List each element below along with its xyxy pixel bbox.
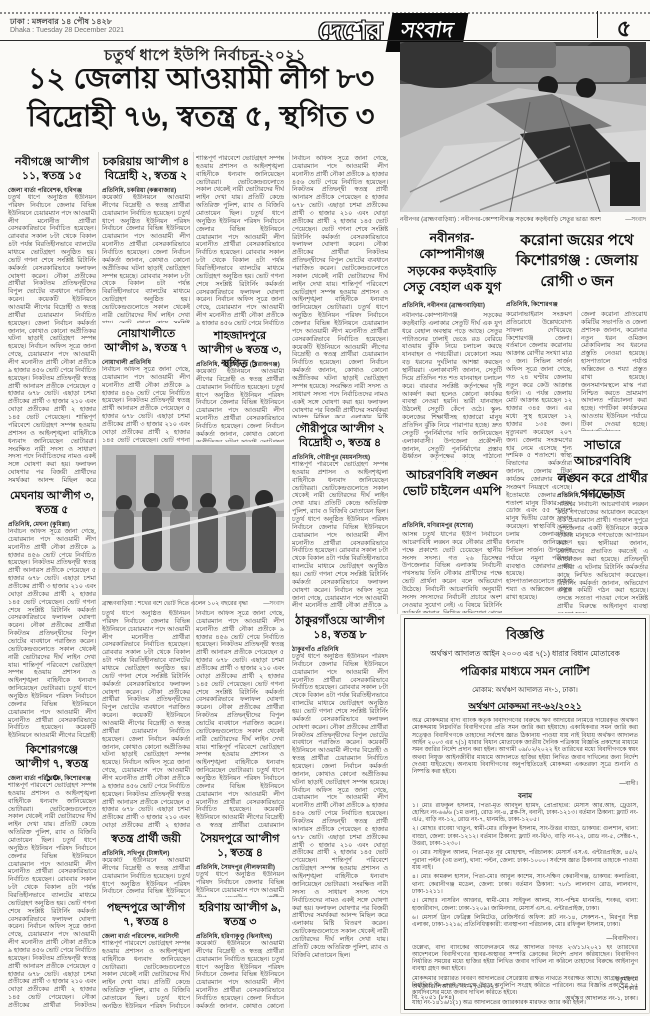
article-headline-gouripur: গৌরীপুরে আ'লীগ ২ বিদ্রোহী ৩, স্বতন্ত্র ৪ bbox=[292, 422, 388, 450]
article-body: নির্বাচন অফিস সূত্রে জানা গেছে, চেয়ারম্… bbox=[102, 366, 190, 443]
notice-sig-peshkar: পেশকার bbox=[565, 984, 638, 993]
notice-closing-1: উল্লেখ্য, বাদী ব্যাংকের আবেদনক্রমে অত্র … bbox=[412, 945, 638, 974]
notice-versus: বনাম bbox=[412, 790, 638, 802]
voters-photo-art bbox=[102, 445, 284, 595]
article-body: শান্তিপূর্ণ পরিবেশে ভোটগ্রহণ সম্পন্ন হওয… bbox=[102, 940, 190, 1008]
notice-sig-right: হুকুমক্রমে পেশকার অর্থঋণ আদালত নং-১, ঢাক… bbox=[565, 975, 638, 1003]
article-body: নির্বাচন অফিস সূত্রে জানা গেছে, চেয়ারম্… bbox=[196, 610, 284, 828]
column-rule bbox=[98, 152, 99, 1008]
photo-credit: —সংবাদ bbox=[263, 598, 284, 609]
notice-signature-row: অর্থজারি/পিআরভি নং-২৭৫/২০২১ বি. ২০৫১ (৮×… bbox=[412, 975, 638, 1003]
article-headline-nabiganj: নবীগঞ্জে আ'লীগ ১১, স্বতন্ত্র ১৫ bbox=[8, 155, 96, 183]
article-body: কয়েকটি ইউনিয়নে আওয়ামী লীগের বিদ্রোহী … bbox=[196, 940, 284, 1008]
notice-defendants-mark: —বিবাদীগণ। bbox=[412, 933, 638, 944]
notice-defendant-list: ১। মোঃ রফিকুল ইসলাম, পিতা-মৃত আবদুল হামি… bbox=[412, 803, 638, 932]
article-body: আসন্ন চতুর্থ ধাপের ইউপি নির্বাচনে আচরণবি… bbox=[402, 531, 502, 613]
article-headline-thakurgaon: ঠাকুরগাঁওয়ে আ'লীগ ১৪, স্বতন্ত্র ৮ bbox=[292, 614, 388, 642]
notice-defendant: ২। মোছাঃ রাবেয়া খাতুন, স্বামী-মোঃ রফিকু… bbox=[412, 826, 638, 848]
page-number-separator bbox=[597, 11, 598, 38]
notice-plaintiff-mark: —বাদী। bbox=[412, 778, 638, 789]
column-rule bbox=[289, 152, 290, 1008]
article-body: চতুর্থ ধাপে অনুষ্ঠিত ইউনিয়ন পরিষদ নির্ব… bbox=[292, 653, 388, 1008]
article-body: চতুর্থ ধাপে অনুষ্ঠিত ইউনিয়ন পরিষদ নির্ব… bbox=[102, 610, 190, 828]
date-bengali: ঢাকা : মঙ্গলবার ১৪ পৌষ ১৪২৮ bbox=[10, 16, 230, 27]
article-body: শান্তিপূর্ণ পরিবেশে ভোটগ্রহণ সম্পন্ন হওয… bbox=[292, 461, 388, 610]
notice-case-number: অর্থঋণ মোকদ্দমা নং-৬২/২০২১ bbox=[412, 699, 638, 714]
notice-defendant: ৩। মোঃ সাইফুল আলম, পিতা-মৃত নূর মোহাম্মদ… bbox=[412, 850, 638, 872]
bridge-photo bbox=[400, 42, 646, 212]
article-byline: প্রতিনিধি, নবীনগর (ব্রাহ্মণবাড়িয়া) bbox=[402, 300, 502, 311]
notice-venue: মোকাম: অর্থঋণ আদালত নং-১, ঢাকা। bbox=[412, 684, 638, 696]
dateline: ঢাকা : মঙ্গলবার ১৪ পৌষ ১৪২৮ Dhaka : Tues… bbox=[10, 16, 230, 34]
article-headline-saidpur: সৈয়দপুরে আ'লীগ ১, স্বতন্ত্র ৪ bbox=[196, 832, 284, 860]
article-body: সাভারে নির্বাচনী আচরণবিধি লঙ্ঘন করে গণভো… bbox=[557, 501, 648, 613]
date-english: Dhaka : Tuesday 28 December 2021 bbox=[10, 27, 230, 34]
column-rule bbox=[577, 310, 578, 430]
article-body: নবীনগর-কোম্পানীগঞ্জ সড়কের কড়ইবাড়ি এলা… bbox=[402, 312, 502, 462]
article-headline-noakhali: নোয়াখালীতে আ'লীগ ৯, স্বতন্ত্র ৭ bbox=[102, 327, 190, 355]
article-body: শান্তিপূর্ণ পরিবেশে ভোটগ্রহণ সম্পন্ন হওয… bbox=[8, 782, 96, 1008]
article-headline-chakaria: চকরিয়ায় আ'লীগ ৪ বিদ্রোহী ২, স্বতন্ত্র … bbox=[102, 155, 190, 183]
article-body: চতুর্থ ধাপে অনুষ্ঠিত ইউনিয়ন পরিষদ নির্ব… bbox=[196, 871, 284, 897]
header-rule bbox=[0, 40, 650, 41]
notice-law-line: অর্থঋণ আদালত আইন ২০০৩ এর ৭(১) ধারার বিধা… bbox=[412, 649, 638, 661]
notice-ref-number: অর্থজারি/পিআরভি নং-২৭৫/২০২১ bbox=[412, 981, 499, 992]
article-headline-meghna: মেঘনায় আ'লীগ ৩, স্বতন্ত্র ৫ bbox=[8, 489, 96, 517]
caption-text: নবীনগর (ব্রাহ্মণবাড়িয়া) : নবীনগর-কোম্প… bbox=[400, 214, 601, 225]
article-body: কয়েকটি ইউনিয়নে আওয়ামী লীগের বিদ্রোহী … bbox=[196, 368, 284, 442]
voters-photo bbox=[102, 445, 284, 595]
article-body: নির্বাচন অফিস সূত্রে জানা গেছে, চেয়ারম্… bbox=[8, 528, 96, 739]
photo-credit: —সংবাদ bbox=[625, 214, 646, 225]
notice-title: বিজ্ঞপ্তি bbox=[412, 626, 638, 647]
article-headline-bridge: নবীনগর-কোম্পানীগঞ্জ সড়কের কড়ইবাড়ি সেত… bbox=[402, 230, 502, 295]
newspaper-page: ঢাকা : মঙ্গলবার ১৪ পৌষ ১৪২৮ Dhaka : Tues… bbox=[0, 0, 650, 1016]
article-headline-corona: করোনা জয়ের পথে কিশোরগঞ্জ : জেলায় রোগী … bbox=[506, 231, 648, 292]
lead-headline-line2: বিদ্রোহী ৭৬, স্বতন্ত্র ৫, স্থগিত ৩ bbox=[0, 101, 402, 134]
bridge-photo-art bbox=[400, 42, 646, 212]
column-rule bbox=[397, 228, 398, 614]
article-byline: প্রতিনিধি, সাভার (ঢাকা) bbox=[557, 490, 648, 501]
notice-ad-code: বি. ২০৫১ (৮×৪) bbox=[412, 992, 499, 1003]
article-headline-pachhandapur: পছন্দপুরে আ'লীগ ৭, স্বতন্ত্র ৪ bbox=[102, 901, 190, 929]
article-body: কয়েকটি ইউনিয়নে আওয়ামী লীগের বিদ্রোহী … bbox=[102, 857, 190, 897]
article-body: কয়েকটি ইউনিয়নে আওয়ামী লীগের বিদ্রোহী … bbox=[102, 194, 190, 323]
article-byline: প্রতিনিধি, মণিরামপুর (যশোর) bbox=[402, 520, 502, 531]
article-body: নির্বাচন অফিস সূত্রে জানা গেছে, চেয়ারম্… bbox=[292, 155, 388, 418]
article-headline-harina: হরিণায় আ'লীগ ৯, স্বতন্ত্র ৩ bbox=[196, 901, 284, 929]
notice-intro: অত্র মোকদ্দমার বাদী ব্যাংক কর্তৃক বিবাদী… bbox=[412, 718, 638, 777]
notice-sig-court: অর্থঋণ আদালত নং-১, ঢাকা। bbox=[565, 994, 638, 1003]
article-body: জেলা করোনা প্রতিরোধ কমিটির সভাপতি ও জেলা… bbox=[581, 311, 647, 431]
notice-sig-by-order: হুকুমক্রমে bbox=[565, 975, 638, 984]
court-notice-box: বিজ্ঞপ্তি অর্থঋণ আদালত আইন ২০০৩ এর ৭(১) … bbox=[404, 618, 646, 1010]
article-body: চতুর্থ ধাপে অনুষ্ঠিত ইউনিয়ন পরিষদ নির্ব… bbox=[8, 194, 96, 485]
article-headline-mp-violation: আচরণবিধি লঙ্ঘন ভোট চাইলেন এমপি bbox=[402, 467, 502, 500]
caption-text: ব্রাহ্মণবাড়িয়া : শখের বশে ভোট দিতে এলে… bbox=[102, 598, 248, 609]
article-body: শান্তিপূর্ণ পরিবেশে ভোটগ্রহণ সম্পন্ন হওয… bbox=[196, 155, 284, 325]
notice-sig-left: অর্থজারি/পিআরভি নং-২৭৫/২০২১ বি. ২০৫১ (৮×… bbox=[412, 981, 499, 1003]
notice-defendant: ৪। মোঃ কামরুল হাসান, পিতা-মোঃ আবুল কাশেম… bbox=[412, 874, 638, 896]
lead-headline-line1: ১২ জেলায় আওয়ামী লীগ ৮৩ bbox=[0, 63, 402, 96]
bridge-photo-caption: নবীনগর (ব্রাহ্মণবাড়িয়া) : নবীনগর-কোম্প… bbox=[400, 214, 646, 225]
voters-photo-caption: ব্রাহ্মণবাড়িয়া : শখের বশে ভোট দিতে এলে… bbox=[102, 598, 284, 609]
notice-summon-title: পত্রিকার মাধ্যমে সমন নোটিশ bbox=[412, 663, 638, 682]
notice-defendant: ৫। মোছাঃ নাসরিন আক্তার, স্বামী-মোঃ সাইফু… bbox=[412, 898, 638, 913]
notice-defendant: ১। মোঃ রফিকুল ইসলাম, পিতা-মৃত আবদুল হামি… bbox=[412, 803, 638, 825]
notice-defendant: ৬। মেসার্স গ্রিন ফেব্রিক্স লিমিটেড, রেজি… bbox=[412, 915, 638, 930]
article-byline: প্রতিনিধি, কিশোরগঞ্জ bbox=[506, 299, 648, 310]
article-headline-independent-winner: স্বতন্ত্র প্রার্থী জয়ী bbox=[102, 832, 190, 846]
